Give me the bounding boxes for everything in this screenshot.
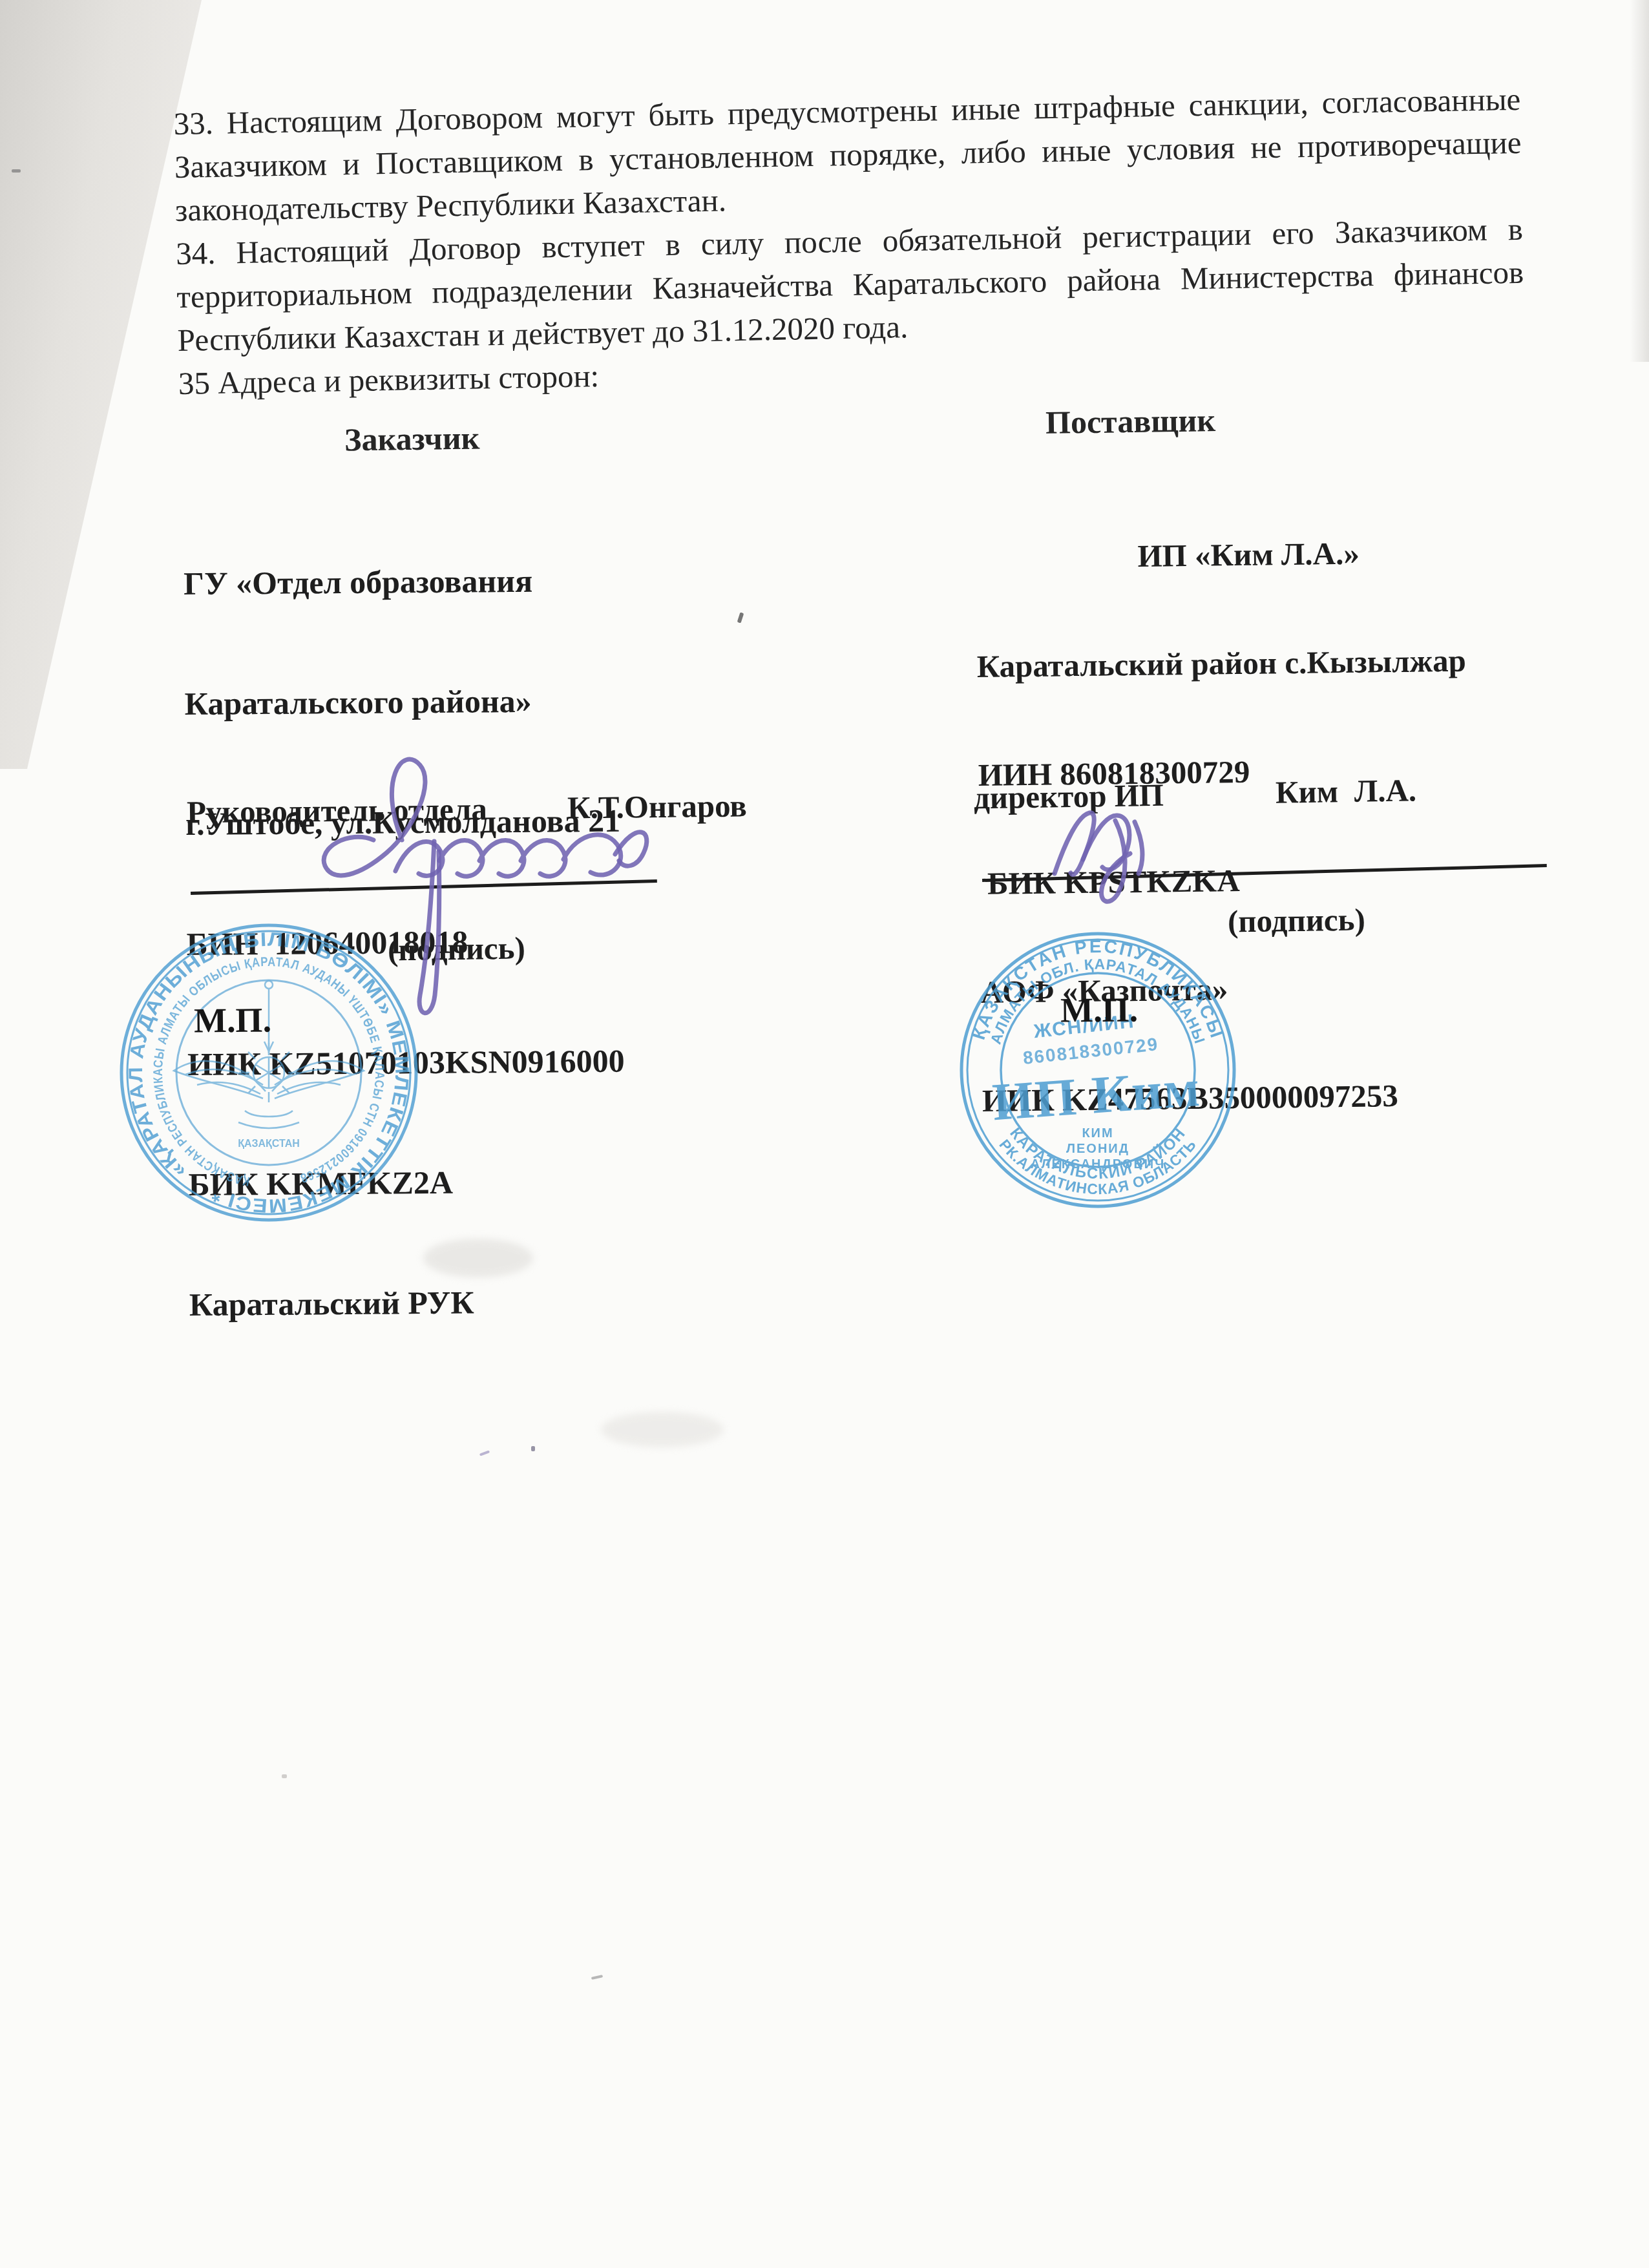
ink-speck xyxy=(531,1446,535,1451)
dust-speck xyxy=(282,1774,287,1778)
supplier-signature-caption: (подпись) xyxy=(1228,901,1366,940)
contract-clauses: 33. Настоящим Договором могут быть преду… xyxy=(173,78,1526,405)
requisite-line: Каратальского района» xyxy=(184,680,622,724)
supplier-seal-label: М.П. xyxy=(1060,989,1139,1030)
scan-smudge xyxy=(601,1412,724,1447)
ink-speck xyxy=(479,1450,490,1456)
requisite-line: БИК KPSTKZKA xyxy=(980,859,1526,902)
requisite-line: ИП «Ким Л.А.» xyxy=(975,534,1522,576)
dust-speck xyxy=(591,1975,603,1980)
supplier-signatory-title: директор ИП xyxy=(974,777,1164,817)
customer-seal-label: М.П. xyxy=(194,1000,272,1040)
seal-person-line: КИМ xyxy=(1082,1126,1113,1140)
dust-speck xyxy=(737,612,744,623)
customer-signatory-name: К.Т.Онгаров xyxy=(567,788,747,826)
supplier-heading: Поставщик xyxy=(1045,401,1216,441)
requisite-line: ГУ «Отдел образования xyxy=(184,560,621,604)
seal-person-line: ЛЕОНИД xyxy=(1066,1142,1129,1156)
seal-owner-name: ИП Ким xyxy=(991,1058,1203,1131)
seal-emblem-caption: ҚАЗАҚСТАН xyxy=(238,1139,300,1150)
customer-signatory-title: Руководитель отдела xyxy=(187,791,487,831)
customer-seal-stamp: «ҚАРАТАЛ АУДАНЫНЫҢ БІЛІМ БӨЛІМІ» МЕМЛЕКЕ… xyxy=(118,922,419,1223)
requisite-line: Каратальский РУК xyxy=(189,1281,627,1325)
requisite-line: Каратальский район с.Кызылжар xyxy=(976,642,1523,685)
scan-edge-shadow xyxy=(1630,0,1649,362)
customer-heading: Заказчик xyxy=(344,419,480,459)
dust-speck xyxy=(12,169,21,173)
supplier-seal-stamp: ҚАЗАҚСТАН РЕСПУБЛИКАСЫ АЛМАТЫ ОБЛ. ҚАРАТ… xyxy=(958,930,1237,1210)
supplier-signatory-name: Ким Л.А. xyxy=(1276,772,1417,810)
scanned-contract-page: 33. Настоящим Договором могут быть преду… xyxy=(0,0,1649,2268)
